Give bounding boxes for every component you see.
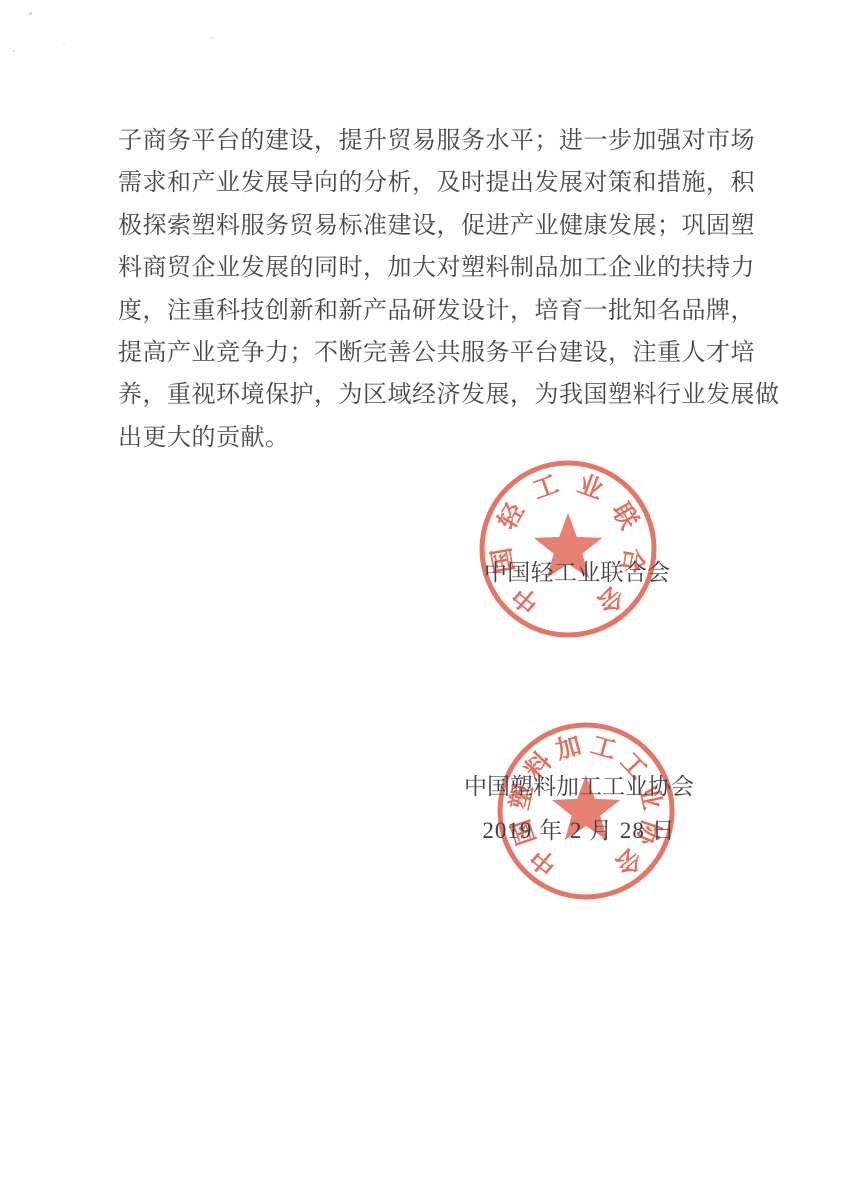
body-line: 提高产业竞争力；不断完善公共服务平台建设，注重人才培 [118,332,746,374]
svg-text:联: 联 [606,498,643,534]
body-line: 度，注重科技创新和新产品研发设计，培育一批知名品牌， [118,290,746,332]
svg-text:工: 工 [588,732,619,765]
signature-date: 2019 年 2 月 28 日 [462,812,696,845]
body-line: 子商务平台的建设，提升贸易服务水平；进一步加强对市场 [118,120,746,162]
scan-speck [211,37,214,39]
svg-text:加: 加 [553,731,585,765]
body-line: 需求和产业发展导向的分析，及时提出发展对策和措施，积 [118,162,746,204]
body-line: 出更大的贡献。 [118,417,746,459]
svg-text:工: 工 [529,471,562,505]
scan-speck [13,50,15,52]
red-seal-light-industry-council-icon: 中国轻工业联合会 [476,457,660,641]
signature-org-plastics-association: 中国塑料加工工业协会 [464,768,694,801]
signature-org-light-industry-council: 中国轻工业联合会 [484,554,670,587]
body-paragraph: 子商务平台的建设，提升贸易服务水平；进一步加强对市场 需求和产业发展导向的分析，… [118,120,746,459]
scan-speck [29,12,32,15]
svg-text:业: 业 [574,470,607,505]
red-seal-plastics-association-icon: 中国塑料加工工业协会 [494,719,678,903]
scan-speck [63,42,65,44]
body-line: 料商贸企业发展的同时，加大对塑料制品加工企业的扶持力 [118,247,746,289]
body-line: 养，重视环境保护，为区域经济发展，为我国塑料行业发展做 [118,374,746,416]
body-line: 极探索塑料服务贸易标准建设，促进产业健康发展；巩固塑 [118,205,746,247]
document-page: 子商务平台的建设，提升贸易服务水平；进一步加强对市场 需求和产业发展导向的分析，… [0,0,848,1200]
